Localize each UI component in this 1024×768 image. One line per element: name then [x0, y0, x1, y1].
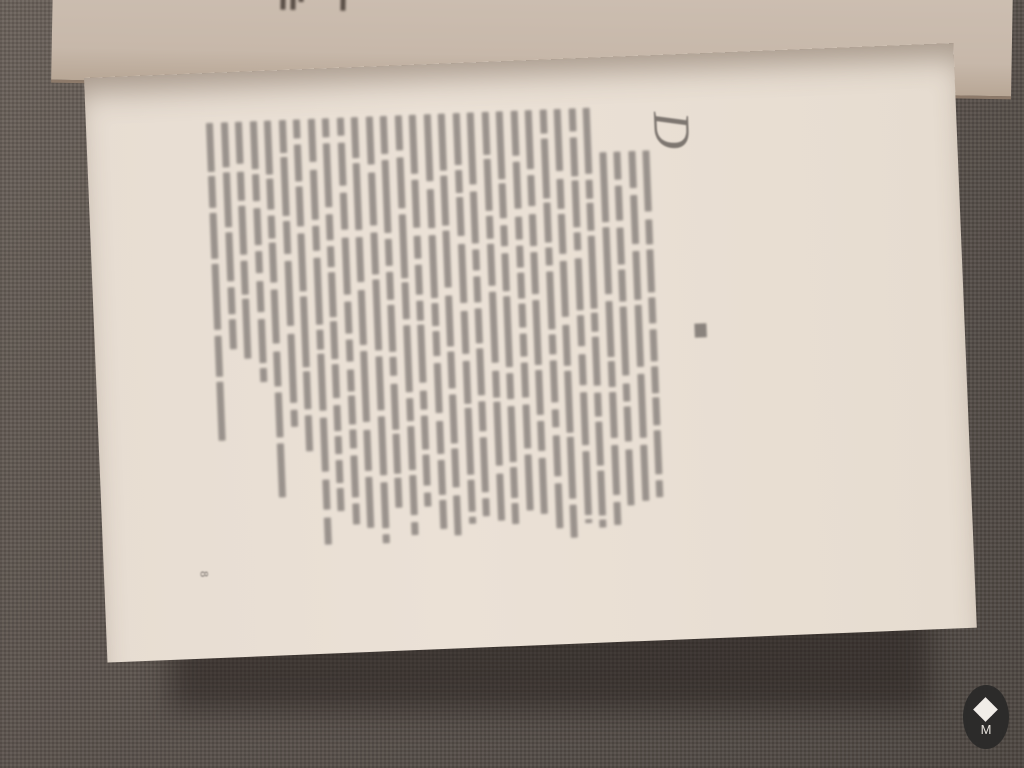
text-word	[222, 173, 231, 228]
text-word	[462, 361, 471, 404]
drop-cap: D	[645, 111, 697, 153]
text-word	[431, 303, 439, 326]
text-word	[475, 308, 483, 343]
chapter-marker	[694, 323, 707, 337]
text-word	[602, 227, 612, 294]
text-word	[483, 159, 492, 211]
text-word	[554, 483, 563, 528]
text-word	[269, 242, 278, 283]
page-number: 8	[196, 571, 211, 578]
text-word	[591, 313, 599, 333]
text-word	[398, 214, 408, 278]
text-word	[519, 333, 527, 357]
text-word	[482, 498, 490, 516]
text-word	[574, 258, 583, 310]
text-word	[586, 203, 594, 231]
text-word	[609, 392, 618, 438]
text-word	[500, 225, 508, 247]
text-word	[524, 454, 533, 511]
text-word	[284, 261, 294, 326]
text-word	[632, 251, 641, 300]
text-word	[496, 474, 505, 522]
text-word	[467, 480, 475, 512]
text-word	[330, 321, 339, 359]
text-word	[597, 470, 606, 515]
watermark-logo: M	[963, 685, 1009, 749]
text-word	[449, 394, 458, 443]
text-word	[616, 227, 624, 264]
text-word	[278, 120, 286, 153]
text-word	[599, 520, 606, 528]
text-word	[592, 337, 601, 386]
text-word	[651, 366, 659, 393]
text-word	[607, 361, 615, 386]
text-word	[576, 315, 584, 346]
text-word	[333, 405, 341, 431]
text-word	[249, 121, 258, 169]
text-word	[353, 163, 363, 231]
text-word	[336, 118, 344, 137]
text-word	[317, 354, 326, 411]
text-word	[567, 437, 576, 499]
text-word	[618, 270, 626, 302]
text-word	[282, 221, 290, 254]
text-word	[583, 108, 593, 174]
text-word	[417, 325, 426, 383]
text-word	[455, 170, 463, 193]
text-word	[511, 502, 519, 524]
text-word	[439, 500, 447, 529]
text-word	[297, 233, 306, 292]
text-word	[307, 119, 316, 162]
text-word	[339, 193, 347, 230]
text-word	[620, 307, 630, 376]
text-word	[580, 392, 589, 445]
facing-page-text	[274, 0, 355, 13]
text-word	[585, 519, 592, 523]
text-word	[380, 116, 389, 155]
text-word	[440, 176, 449, 226]
text-word	[510, 111, 519, 157]
text-word	[595, 422, 604, 466]
text-word	[493, 401, 503, 466]
text-word	[548, 335, 556, 355]
text-word	[411, 522, 419, 535]
text-word	[578, 354, 586, 385]
watermark-letter: M	[981, 723, 992, 736]
text-word	[382, 534, 389, 543]
text-word	[300, 296, 310, 367]
text-word	[346, 369, 354, 392]
text-word	[335, 435, 343, 453]
text-word	[646, 250, 655, 292]
text-word	[613, 152, 621, 180]
text-word	[401, 282, 409, 319]
text-word	[210, 213, 219, 259]
text-word	[556, 178, 564, 209]
text-word	[337, 143, 346, 186]
text-word	[488, 292, 498, 363]
text-word	[457, 244, 466, 304]
text-word	[499, 183, 507, 218]
text-word	[275, 392, 284, 438]
text-word	[527, 175, 535, 207]
text-word	[293, 119, 301, 139]
text-word	[365, 116, 374, 164]
text-word	[537, 420, 545, 451]
text-word	[586, 180, 594, 199]
text-word	[360, 351, 370, 422]
text-word	[319, 417, 328, 472]
text-word	[570, 505, 578, 538]
text-word	[452, 113, 461, 165]
text-word	[615, 186, 623, 221]
text-word	[654, 430, 663, 475]
text-word	[467, 112, 477, 184]
text-word	[316, 330, 324, 350]
text-word	[385, 239, 393, 266]
text-word	[650, 329, 658, 361]
text-word	[480, 438, 489, 493]
text-word	[336, 460, 344, 483]
text-word	[645, 220, 653, 245]
text-word	[532, 299, 542, 365]
text-word	[375, 357, 384, 411]
text-word	[571, 180, 580, 227]
text-word	[303, 371, 312, 409]
text-word	[358, 290, 367, 346]
text-word	[277, 443, 286, 497]
text-word	[637, 374, 647, 438]
text-word	[312, 225, 320, 250]
text-word	[447, 352, 455, 389]
text-word	[409, 475, 418, 515]
text-word	[594, 392, 602, 417]
text-word	[235, 122, 244, 165]
ornament-logo-icon	[975, 699, 997, 721]
text-word	[442, 230, 451, 287]
text-word	[473, 276, 481, 303]
book-page: D 8	[84, 43, 977, 662]
text-word	[266, 179, 274, 210]
text-word	[345, 339, 353, 361]
text-word	[516, 245, 524, 268]
text-word	[522, 405, 531, 449]
text-word	[350, 455, 359, 497]
text-word	[416, 300, 424, 320]
text-word	[228, 319, 236, 349]
text-word	[549, 360, 558, 403]
text-word	[501, 253, 510, 292]
text-word	[394, 478, 402, 508]
text-word	[540, 139, 549, 199]
text-word	[252, 174, 260, 201]
text-word	[436, 421, 444, 454]
text-word	[240, 261, 248, 295]
text-word	[551, 409, 559, 428]
text-word	[332, 364, 340, 399]
text-word	[380, 482, 389, 528]
text-word	[255, 251, 263, 274]
text-word	[520, 362, 528, 397]
text-word	[656, 480, 664, 497]
text-word	[628, 151, 636, 188]
text-word	[568, 108, 576, 131]
text-word	[560, 261, 569, 317]
text-word	[476, 348, 485, 395]
text-word	[514, 217, 522, 240]
text-word	[322, 479, 330, 510]
text-word	[264, 121, 273, 175]
text-word	[227, 287, 235, 315]
text-word	[382, 160, 392, 233]
text-word	[377, 416, 386, 476]
text-word	[414, 235, 422, 259]
text-word	[391, 383, 400, 430]
text-word	[543, 203, 552, 243]
text-word	[648, 297, 656, 323]
text-word	[280, 157, 289, 216]
text-word	[518, 304, 526, 328]
text-word	[496, 111, 506, 179]
text-word	[582, 451, 592, 515]
text-word	[290, 410, 298, 427]
text-word	[393, 434, 402, 474]
text-word	[640, 445, 649, 501]
text-word	[634, 305, 644, 368]
text-word	[588, 236, 598, 309]
text-word	[403, 325, 413, 392]
text-word	[296, 186, 305, 226]
text-word	[472, 249, 480, 270]
text-word	[256, 281, 264, 312]
text-word	[545, 248, 553, 266]
text-word	[552, 435, 561, 477]
text-word	[313, 257, 323, 325]
text-word	[478, 401, 486, 431]
text-word	[327, 246, 335, 267]
text-word	[426, 189, 435, 228]
text-word	[506, 373, 514, 399]
text-word	[424, 492, 432, 507]
text-word	[573, 232, 581, 250]
text-word	[220, 122, 229, 168]
text-word	[611, 445, 620, 495]
text-word	[257, 319, 266, 363]
text-word	[453, 495, 462, 535]
text-word	[372, 279, 382, 351]
text-word	[326, 214, 334, 240]
text-word	[485, 215, 493, 238]
text-word	[554, 109, 563, 171]
text-word	[605, 301, 614, 358]
text-word	[624, 406, 632, 442]
text-word	[238, 206, 247, 255]
text-word	[407, 426, 416, 471]
text-word	[242, 299, 251, 358]
text-word	[259, 368, 267, 382]
text-word	[432, 331, 440, 357]
text-word	[517, 272, 525, 298]
text-word	[562, 324, 571, 365]
text-word	[464, 408, 474, 475]
text-word	[433, 363, 442, 414]
text-word	[352, 503, 360, 524]
text-word	[569, 137, 578, 176]
text-word	[428, 235, 437, 297]
text-word	[642, 150, 651, 212]
text-word	[305, 415, 313, 451]
text-word	[208, 176, 216, 208]
text-word	[445, 295, 454, 347]
text-word	[206, 123, 215, 172]
text-word	[456, 197, 465, 236]
text-word	[406, 398, 414, 421]
text-word	[420, 390, 428, 410]
text-word	[273, 351, 281, 387]
text-word	[347, 396, 355, 424]
text-word	[623, 383, 631, 401]
text-word	[460, 311, 469, 354]
text-word	[535, 369, 544, 415]
text-word	[421, 416, 429, 450]
text-word	[486, 243, 495, 285]
text-word	[613, 502, 621, 525]
text-word	[512, 162, 521, 209]
text-word	[253, 208, 261, 246]
text-word	[451, 448, 460, 488]
text-word	[322, 118, 330, 137]
text-word	[558, 214, 567, 253]
text-word	[625, 449, 634, 506]
text-word	[386, 272, 394, 300]
text-word	[411, 179, 420, 228]
text-word	[510, 466, 518, 498]
text-word	[356, 237, 365, 283]
text-word	[507, 406, 516, 463]
text-word	[368, 172, 377, 225]
text-word	[216, 382, 225, 441]
text-word	[344, 301, 352, 334]
text-word	[337, 488, 345, 511]
text-word	[546, 272, 555, 330]
text-word	[363, 429, 372, 470]
text-word	[214, 336, 223, 377]
text-word	[294, 144, 303, 182]
text-word	[468, 516, 475, 524]
text-word	[323, 143, 333, 207]
text-word	[539, 458, 548, 514]
text-word	[415, 265, 423, 296]
text-word	[271, 290, 280, 344]
text-word	[652, 397, 660, 424]
text-word	[437, 460, 445, 496]
text-word	[529, 213, 537, 245]
text-word	[328, 272, 337, 317]
text-word	[225, 232, 234, 281]
text-word	[438, 114, 447, 171]
text-word	[539, 109, 547, 133]
text-word	[481, 112, 490, 155]
text-word	[237, 172, 245, 201]
text-word	[349, 429, 357, 449]
text-word	[492, 370, 500, 397]
text-word	[387, 304, 396, 351]
text-word	[470, 191, 479, 243]
text-word	[530, 252, 539, 294]
text-word	[351, 117, 360, 158]
text-word	[323, 517, 331, 545]
text-word	[599, 152, 609, 222]
text-word	[212, 263, 222, 330]
text-word	[389, 356, 397, 375]
text-word	[268, 215, 276, 238]
text-word	[365, 476, 374, 528]
text-word	[287, 334, 297, 403]
text-word	[341, 237, 350, 295]
text-word	[309, 169, 318, 220]
text-word	[370, 233, 379, 275]
text-word	[394, 115, 402, 150]
text-word	[409, 115, 418, 174]
text-word	[564, 371, 573, 433]
text-word	[396, 158, 405, 209]
text-word	[630, 195, 639, 244]
text-word	[423, 114, 433, 181]
text-word	[422, 455, 430, 486]
text-word	[503, 296, 513, 366]
text-word	[525, 110, 534, 169]
